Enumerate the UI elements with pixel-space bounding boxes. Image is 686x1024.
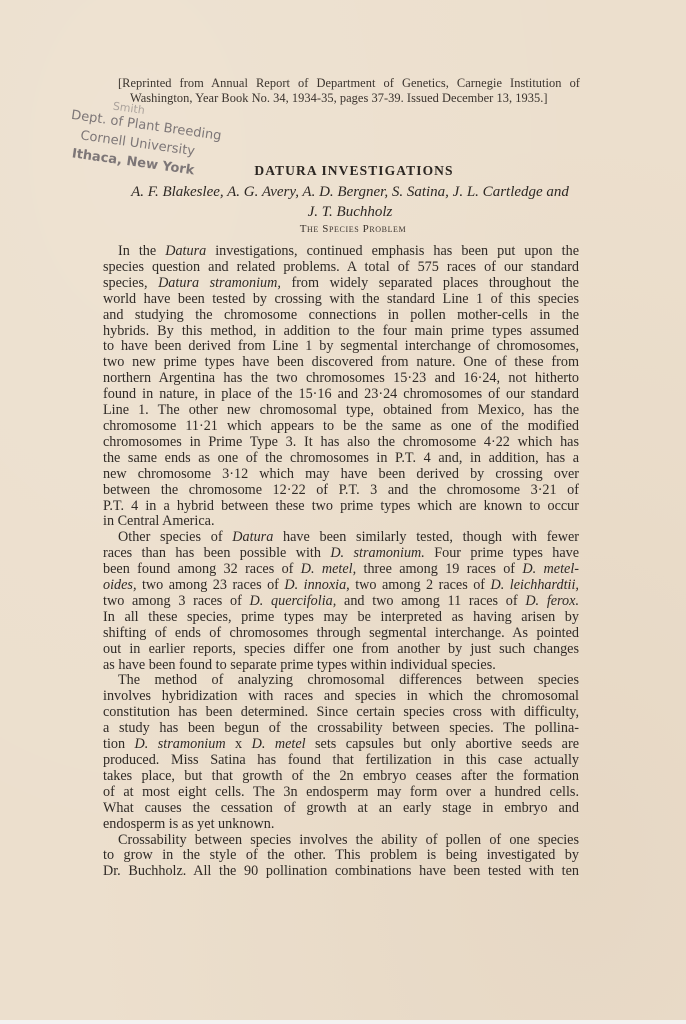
text-line: races than has been possible with D. str… [103,546,579,562]
text-line: In all these species, prime types may be… [103,610,579,626]
text-line: oides, two among 23 races of D. innoxia,… [103,578,579,594]
reprint-note-line-1: [Reprinted from Annual Report of Departm… [118,76,580,91]
document-title: DATURA INVESTIGATIONS [0,163,686,179]
text-line: chromosomes in Prime Type 3. It has also… [103,435,579,451]
text-line: the same ends as one of the chromosomes … [103,451,579,467]
paragraph: The method of analyzing chromosomal diff… [103,673,579,832]
author-line-2: J. T. Buchholz [100,202,600,222]
text-line: constitution has been determined. Since … [103,705,579,721]
text-line: produced. Miss Satina has found that fer… [103,753,579,769]
reprint-note: [Reprinted from Annual Report of Departm… [118,76,580,106]
body-text: In the Datura investigations, continued … [103,244,579,880]
text-line: takes place, but that growth of the 2n e… [103,769,579,785]
text-line: Other species of Datura have been simila… [103,530,579,546]
italic-term: Datura [165,243,206,259]
text-line: endosperm is as yet unknown. [103,817,579,833]
italic-term: D. metel- [522,561,579,577]
text-line: chromosome 11·21 which appears to be the… [103,419,579,435]
italic-term: D. metel [252,736,306,752]
text-line: Crossability between species involves th… [103,833,579,849]
paragraph: In the Datura investigations, continued … [103,244,579,530]
text-line: What causes the cessation of growth at a… [103,801,579,817]
document-page: [Reprinted from Annual Report of Departm… [0,0,686,1020]
text-line: The method of analyzing chromosomal diff… [103,673,579,689]
italic-term: D. innoxia, [284,577,349,593]
text-line: hybrids. By this method, in addition to … [103,324,579,340]
reprint-note-line-2: Washington, Year Book No. 34, 1934-35, p… [118,91,580,106]
text-line: tion D. stramonium x D. metel sets capsu… [103,737,579,753]
paragraph: Other species of Datura have been simila… [103,530,579,673]
author-line-1: A. F. Blakeslee, A. G. Avery, A. D. Berg… [100,182,600,202]
text-line: two among 3 races of D. quercifolia, and… [103,594,579,610]
text-line: involves hybridization with races and sp… [103,689,579,705]
text-line: in Central America. [103,514,579,530]
text-line: been found among 32 races of D. metel, t… [103,562,579,578]
author-list: A. F. Blakeslee, A. G. Avery, A. D. Berg… [100,182,600,222]
text-line: a study has been begun of the crossabili… [103,721,579,737]
italic-term: D. leichhardtii, [491,577,579,593]
text-line: to grow in the style of the other. This … [103,848,579,864]
text-line: between the chromosome 12·22 of P.T. 3 a… [103,483,579,499]
paragraph: Crossability between species involves th… [103,833,579,881]
text-line: of at most eight cells. The 3n endosperm… [103,785,579,801]
text-line: to have been derived from Line 1 by segm… [103,339,579,355]
text-line: new chromosome 3·12 which may have been … [103,467,579,483]
text-line: Line 1. The other new chromosomal type, … [103,403,579,419]
italic-term: Datura [232,529,273,545]
text-line: as have been found to separate prime typ… [103,658,579,674]
text-line: two new prime types have been discovered… [103,355,579,371]
italic-term: D. ferox. [525,593,579,609]
italic-term: D. metel, [301,561,356,577]
text-line: species, Datura stramonium, from widely … [103,276,579,292]
italic-term: D. quercifolia, [250,593,337,609]
text-line: P.T. 4 in a hybrid between these two pri… [103,499,579,515]
text-line: shifting of ends of chromosomes through … [103,626,579,642]
text-line: world have been tested by crossing with … [103,292,579,308]
text-line: In the Datura investigations, continued … [103,244,579,260]
text-line: species question and related problems. A… [103,260,579,276]
text-line: and studying the chromosome connections … [103,308,579,324]
italic-term: Datura stramonium, [158,275,281,291]
text-line: northern Argentina has the two chromosom… [103,371,579,387]
text-line: Dr. Buchholz. All the 90 pollination com… [103,864,579,880]
text-line: out in earlier reports, species differ o… [103,642,579,658]
italic-term: D. stramonium [135,736,226,752]
text-line: found in nature, in place of the 15·16 a… [103,387,579,403]
section-heading: The Species Problem [0,223,686,235]
italic-term: D. stramonium. [330,545,425,561]
italic-term: oides, [103,577,137,593]
